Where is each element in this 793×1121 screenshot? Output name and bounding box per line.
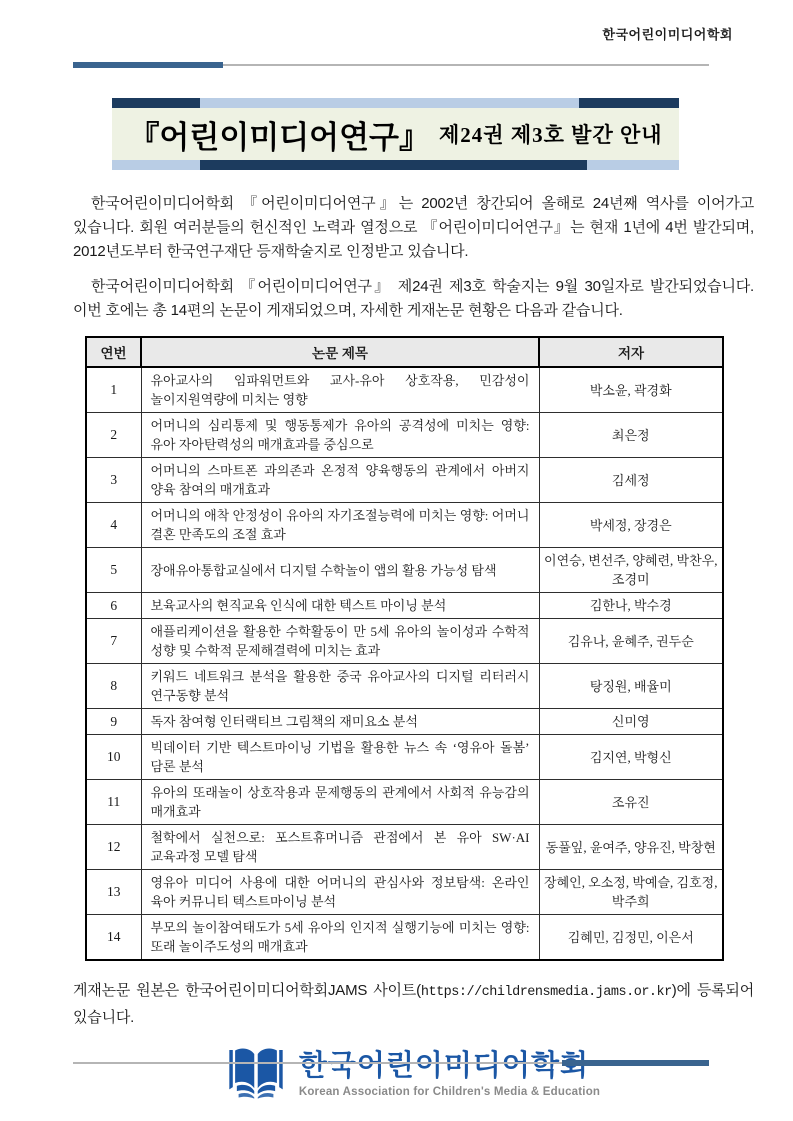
paper-title: 보육교사의 현직교육 인식에 대한 텍스트 마이닝 분석 (141, 593, 539, 619)
table-row: 11 유아의 또래놀이 상호작용과 문제행동의 관계에서 사회적 유능감의 매개… (86, 780, 723, 825)
table-row: 3 어머니의 스마트폰 과의존과 온정적 양육행동의 관계에서 아버지 양육 참… (86, 458, 723, 503)
logo-name-english: Korean Association for Children's Media … (299, 1086, 600, 1098)
table-row: 2 어머니의 심리통제 및 행동통제가 유아의 공격성에 미치는 영향: 유아 … (86, 413, 723, 458)
table-row: 14 부모의 놀이참여태도가 5세 유아의 인지적 실행기능에 미치는 영향: … (86, 915, 723, 961)
paper-authors: 조유진 (539, 780, 723, 825)
paper-title: 어머니의 애착 안정성이 유아의 자기조절능력에 미치는 영향: 어머니 결혼 … (141, 503, 539, 548)
paper-authors: 김한나, 박수경 (539, 593, 723, 619)
paper-authors: 김지연, 박형신 (539, 735, 723, 780)
paper-title: 부모의 놀이참여태도가 5세 유아의 인지적 실행기능에 미치는 영향: 또래 … (141, 915, 539, 961)
paper-authors: 박세정, 장경은 (539, 503, 723, 548)
table-row: 1 유아교사의 임파워먼트와 교사-유아 상호작용, 민감성이 놀이지원역량에 … (86, 367, 723, 413)
row-number: 13 (86, 870, 141, 915)
row-number: 6 (86, 593, 141, 619)
title-banner: 『어린이미디어연구』 제24권 제3호 발간 안내 (112, 98, 679, 170)
row-number: 9 (86, 709, 141, 735)
registration-note: 게재논문 원본은 한국어린이미디어학회JAMS 사이트(https://chil… (73, 978, 754, 1030)
paper-authors: 박소윤, 곽경화 (539, 367, 723, 413)
paper-authors: 신미영 (539, 709, 723, 735)
table-row: 6 보육교사의 현직교육 인식에 대한 텍스트 마이닝 분석 김한나, 박수경 (86, 593, 723, 619)
paper-title: 영유아 미디어 사용에 대한 어머니의 관심사와 정보탐색: 온라인 육아 커뮤… (141, 870, 539, 915)
bottom-divider-rule (73, 1060, 709, 1066)
row-number: 2 (86, 413, 141, 458)
paper-authors: 장혜인, 오소정, 박예슬, 김호정, 박주희 (539, 870, 723, 915)
journal-title: 『어린이미디어연구』 (128, 112, 430, 157)
open-book-icon (227, 1044, 285, 1105)
paper-title: 철학에서 실천으로: 포스트휴머니즘 관점에서 본 유아 SW·AI 교육과정 … (141, 825, 539, 870)
paper-authors: 이연승, 변선주, 양혜련, 박찬우, 조경미 (539, 548, 723, 593)
paper-title: 애플리케이션을 활용한 수학활동이 만 5세 유아의 놀이성과 수학적 성향 및… (141, 619, 539, 664)
row-number: 3 (86, 458, 141, 503)
paper-title: 독자 참여형 인터랙티브 그림책의 재미요소 분석 (141, 709, 539, 735)
table-row: 12 철학에서 실천으로: 포스트휴머니즘 관점에서 본 유아 SW·AI 교육… (86, 825, 723, 870)
logo-name-korean: 한국어린이미디어학회 (299, 1051, 600, 1083)
table-row: 10 빅데이터 기반 텍스트마이닝 기법을 활용한 뉴스 속 ‘영유아 돌봄’ … (86, 735, 723, 780)
page-header-org-name: 한국어린이미디어학회 (73, 24, 754, 43)
table-row: 13 영유아 미디어 사용에 대한 어머니의 관심사와 정보탐색: 온라인 육아… (86, 870, 723, 915)
papers-table: 연번 논문 제목 저자 1 유아교사의 임파워먼트와 교사-유아 상호작용, 민… (85, 336, 724, 961)
table-row: 7 애플리케이션을 활용한 수학활동이 만 5세 유아의 놀이성과 수학적 성향… (86, 619, 723, 664)
row-number: 1 (86, 367, 141, 413)
banner-body: 『어린이미디어연구』 제24권 제3호 발간 안내 (112, 108, 679, 160)
row-number: 12 (86, 825, 141, 870)
top-divider-rule (73, 62, 709, 68)
bottom-divider-line (73, 1062, 562, 1064)
top-divider-accent (73, 62, 223, 68)
column-header-title: 논문 제목 (141, 337, 539, 367)
row-number: 4 (86, 503, 141, 548)
paper-authors: 동풀잎, 윤여주, 양유진, 박창현 (539, 825, 723, 870)
table-row: 5 장애유아통합교실에서 디지털 수학놀이 앱의 활용 가능성 탐색 이연승, … (86, 548, 723, 593)
top-divider-line (223, 64, 709, 66)
intro-section: 한국어린이미디어학회 『어린이미디어연구』는 2002년 창간되어 올해로 24… (73, 192, 754, 323)
paper-authors: 최은정 (539, 413, 723, 458)
banner-border-bottom (112, 160, 679, 170)
column-header-authors: 저자 (539, 337, 723, 367)
intro-paragraph-1: 한국어린이미디어학회 『어린이미디어연구』는 2002년 창간되어 올해로 24… (73, 192, 754, 264)
association-logo: 한국어린이미디어학회 Korean Association for Childr… (73, 1044, 754, 1105)
paper-title: 유아교사의 임파워먼트와 교사-유아 상호작용, 민감성이 놀이지원역량에 미치… (141, 367, 539, 413)
paper-title: 유아의 또래놀이 상호작용과 문제행동의 관계에서 사회적 유능감의 매개효과 (141, 780, 539, 825)
row-number: 8 (86, 664, 141, 709)
document-page: 한국어린이미디어학회 『어린이미디어연구』 제24권 제3호 발간 안내 한국어… (0, 0, 793, 1121)
row-number: 11 (86, 780, 141, 825)
row-number: 7 (86, 619, 141, 664)
issue-subtitle: 제24권 제3호 발간 안내 (439, 119, 663, 149)
paper-title: 어머니의 심리통제 및 행동통제가 유아의 공격성에 미치는 영향: 유아 자아… (141, 413, 539, 458)
logo-text-block: 한국어린이미디어학회 Korean Association for Childr… (299, 1051, 600, 1099)
banner-border-top (112, 98, 679, 108)
table-header-row: 연번 논문 제목 저자 (86, 337, 723, 367)
table-row: 4 어머니의 애착 안정성이 유아의 자기조절능력에 미치는 영향: 어머니 결… (86, 503, 723, 548)
paper-authors: 탕징원, 배율미 (539, 664, 723, 709)
table-row: 8 키워드 네트워크 분석을 활용한 중국 유아교사의 디지털 리터러시 연구동… (86, 664, 723, 709)
paper-title: 키워드 네트워크 분석을 활용한 중국 유아교사의 디지털 리터러시 연구동향 … (141, 664, 539, 709)
paper-title: 장애유아통합교실에서 디지털 수학놀이 앱의 활용 가능성 탐색 (141, 548, 539, 593)
column-header-number: 연번 (86, 337, 141, 367)
jams-site-url: https://childrensmedia.jams.or.kr (421, 985, 672, 1000)
row-number: 10 (86, 735, 141, 780)
paper-title: 어머니의 스마트폰 과의존과 온정적 양육행동의 관계에서 아버지 양육 참여의… (141, 458, 539, 503)
paper-authors: 김세정 (539, 458, 723, 503)
note-text-pre: 게재논문 원본은 한국어린이미디어학회JAMS 사이트( (73, 982, 421, 999)
table-row: 9 독자 참여형 인터랙티브 그림책의 재미요소 분석 신미영 (86, 709, 723, 735)
row-number: 5 (86, 548, 141, 593)
intro-paragraph-2: 한국어린이미디어학회 『어린이미디어연구』 제24권 제3호 학술지는 9월 3… (73, 275, 754, 323)
paper-title: 빅데이터 기반 텍스트마이닝 기법을 활용한 뉴스 속 ‘영유아 돌봄’ 담론 … (141, 735, 539, 780)
paper-authors: 김유나, 윤혜주, 권두순 (539, 619, 723, 664)
bottom-divider-accent (562, 1060, 709, 1066)
paper-authors: 김혜민, 김정민, 이은서 (539, 915, 723, 961)
row-number: 14 (86, 915, 141, 961)
